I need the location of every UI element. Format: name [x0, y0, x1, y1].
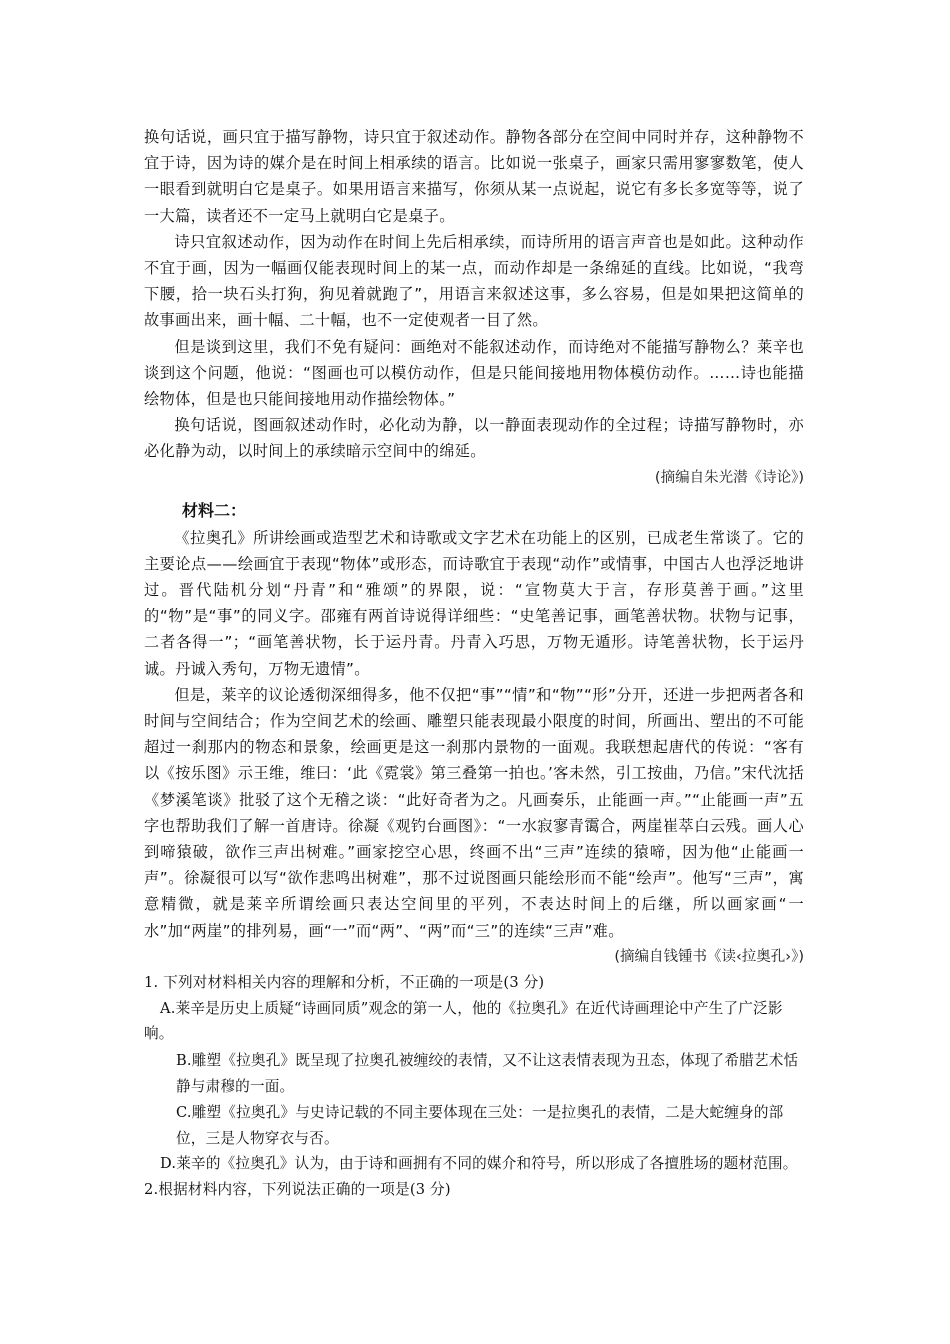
- material-one: 换句话说，画只宜于描写静物，诗只宜于叙述动作。静物各部分在空间中同时并存，这种静…: [144, 124, 804, 491]
- paragraph: 但是，莱辛的议论透彻深细得多，他不仅把“事”“情”和“物”“形”分开，还进一步把…: [144, 682, 804, 944]
- option-text: 雕塑《拉奥孔》既呈现了拉奥孔被缠绞的表情，又不让这表情表现为丑态，体现了希腊艺术…: [176, 1052, 798, 1095]
- option-text: 莱辛是历史上质疑“诗画同质”观念的第一人，他的《拉奥孔》在近代诗画理论中产生了广…: [144, 1000, 783, 1043]
- source-citation: (摘编自朱光潜《诗论》): [144, 465, 804, 491]
- material-two: 材料二： 《拉奥孔》所讲绘画或造型艺术和诗歌或文字艺术在功能上的区别，已成老生常…: [144, 497, 804, 970]
- option-text: 雕塑《拉奥孔》与史诗记载的不同主要体现在三处：一是拉奥孔的表情，二是大蛇缠身的部…: [176, 1104, 783, 1147]
- paragraph: 换句话说，画只宜于描写静物，诗只宜于叙述动作。静物各部分在空间中同时并存，这种静…: [144, 124, 804, 229]
- questions: 1. 下列对材料相关内容的理解和分析，不正确的一项是(3 分) A.莱辛是历史上…: [144, 970, 804, 1203]
- question-stem-2: 2.根据材料内容，下列说法正确的一项是(3 分): [144, 1177, 804, 1203]
- option-text: 莱辛的《拉奥孔》认为，由于诗和画拥有不同的媒介和符号，所以形成了各擅胜场的题材范…: [176, 1155, 797, 1172]
- paragraph: 诗只宜叙述动作，因为动作在时间上先后相承续，而诗所用的语言声音也是如此。这种动作…: [144, 229, 804, 334]
- source-citation: (摘编自钱锺书《读‹拉奥孔›》): [144, 944, 804, 970]
- option-d: D.莱辛的《拉奥孔》认为，由于诗和画拥有不同的媒介和符号，所以形成了各擅胜场的题…: [144, 1151, 804, 1177]
- option-label: B.: [176, 1052, 192, 1069]
- option-label: C.: [176, 1104, 192, 1121]
- option-c: C.雕塑《拉奥孔》与史诗记载的不同主要体现在三处：一是拉奥孔的表情，二是大蛇缠身…: [144, 1100, 804, 1152]
- option-label: A.: [160, 1000, 176, 1017]
- paragraph: 《拉奥孔》所讲绘画或造型艺术和诗歌或文字艺术在功能上的区别，已成老生常谈了。它的…: [144, 525, 804, 682]
- document-page: 换句话说，画只宜于描写静物，诗只宜于叙述动作。静物各部分在空间中同时并存，这种静…: [144, 124, 804, 1203]
- question-stem-1: 1. 下列对材料相关内容的理解和分析，不正确的一项是(3 分): [144, 970, 804, 996]
- paragraph: 换句话说，图画叙述动作时，必化动为静，以一静面表现动作的全过程；诗描写静物时，亦…: [144, 412, 804, 464]
- option-a: A.莱辛是历史上质疑“诗画同质”观念的第一人，他的《拉奥孔》在近代诗画理论中产生…: [144, 996, 804, 1048]
- paragraph: 但是谈到这里，我们不免有疑问：画绝对不能叙述动作，而诗绝对不能描写静物么？莱辛也…: [144, 334, 804, 413]
- section-heading: 材料二：: [144, 497, 804, 525]
- option-label: D.: [160, 1155, 176, 1172]
- option-b: B.雕塑《拉奥孔》既呈现了拉奥孔被缠绞的表情，又不让这表情表现为丑态，体现了希腊…: [144, 1048, 804, 1100]
